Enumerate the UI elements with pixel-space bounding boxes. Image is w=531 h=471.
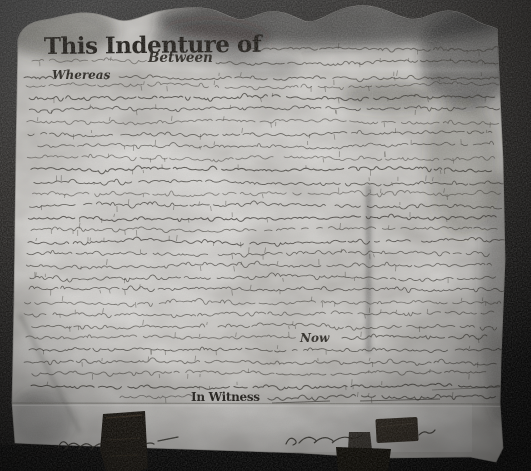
photo-vignette: [0, 0, 531, 471]
manuscript-photo: This Indenture of Between Whereas Now In…: [0, 0, 531, 471]
indenture-photo-canvas: This Indenture of Between Whereas Now In…: [0, 0, 531, 471]
